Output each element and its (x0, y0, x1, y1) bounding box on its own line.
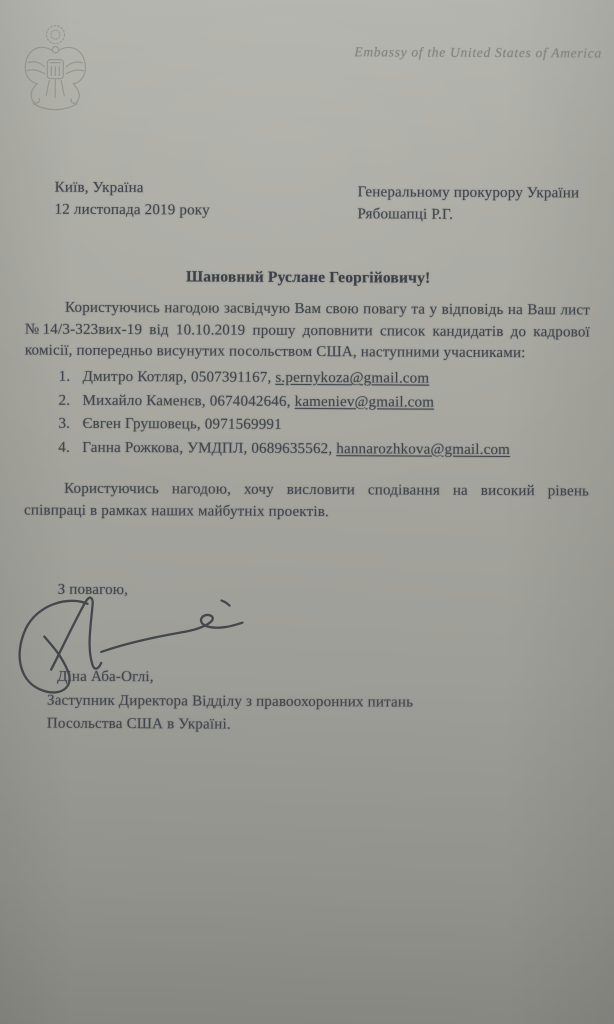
us-great-seal-icon (20, 22, 90, 116)
candidate-text: Михайло Каменєв, 0674042646, (83, 392, 295, 409)
candidate-number: 1. (59, 368, 83, 386)
candidate-entry: Михайло Каменєв, 0674042646, kameniev@gm… (83, 391, 435, 411)
recipient-name: Рябошапці Р.Г. (358, 204, 580, 227)
candidate-list-item: 4. Ганна Рожкова, УМДПЛ, 0689635562, han… (58, 438, 510, 458)
candidate-email: kameniev@gmail.com (295, 393, 435, 410)
body-paragraph-1: Користуючись нагодою засвідчую Вам свою … (25, 298, 590, 365)
candidate-number: 4. (58, 438, 82, 456)
candidate-text: Дмитро Котляр, 0507391167, (83, 369, 276, 386)
candidate-list-item: 2. Михайло Каменєв, 0674042646, kameniev… (59, 391, 511, 411)
letterhead-embassy-line: Embassy of the United States of America (354, 44, 602, 61)
candidate-number: 2. (59, 391, 83, 409)
signer-title-line1: Заступник Директора Відділу з правоохоро… (47, 689, 413, 714)
candidate-list: 1. Дмитро Котляр, 0507391167, s.pernykoz… (58, 368, 510, 464)
candidate-entry: Ганна Рожкова, УМДПЛ, 0689635562, hannar… (82, 438, 510, 458)
candidate-entry: Дмитро Котляр, 0507391167, s.pernykoza@g… (83, 368, 430, 388)
candidate-text: Євген Грушовець, 0971569991 (82, 416, 281, 433)
signer-name: Діна Аба-Оглі, (47, 666, 413, 691)
salutation: Шановний Руслане Георгійовичу! (1, 267, 614, 288)
candidate-entry: Євген Грушовець, 0971569991 (82, 415, 281, 434)
letter-place: Київ, Україна (55, 177, 210, 200)
scanned-letter: Embassy of the United States of America … (0, 0, 614, 1024)
letter-content: Embassy of the United States of America … (0, 0, 614, 1024)
candidate-text: Ганна Рожкова, УМДПЛ, 0689635562, (82, 439, 336, 456)
signer-title-line2: Посольства США в Україні. (47, 713, 413, 738)
place-date-block: Київ, Україна 12 листопада 2019 року (55, 177, 210, 222)
recipient-block: Генеральному прокурору України Рябошапці… (358, 182, 580, 226)
candidate-email: s.pernykoza@gmail.com (275, 370, 429, 387)
candidate-email: hannarozhkova@gmail.com (336, 441, 510, 458)
signature-block: Діна Аба-Оглі, Заступник Директора Відді… (47, 666, 414, 738)
letter-date: 12 листопада 2019 року (55, 199, 210, 222)
candidate-list-item: 3. Євген Грушовець, 0971569991 (58, 415, 510, 435)
recipient-title: Генеральному прокурору України (358, 182, 580, 205)
candidate-number: 3. (58, 415, 82, 433)
candidate-list-item: 1. Дмитро Котляр, 0507391167, s.pernykoz… (59, 368, 511, 388)
body-paragraph-2: Користуючись нагодою, хочу висловити спо… (24, 479, 589, 525)
